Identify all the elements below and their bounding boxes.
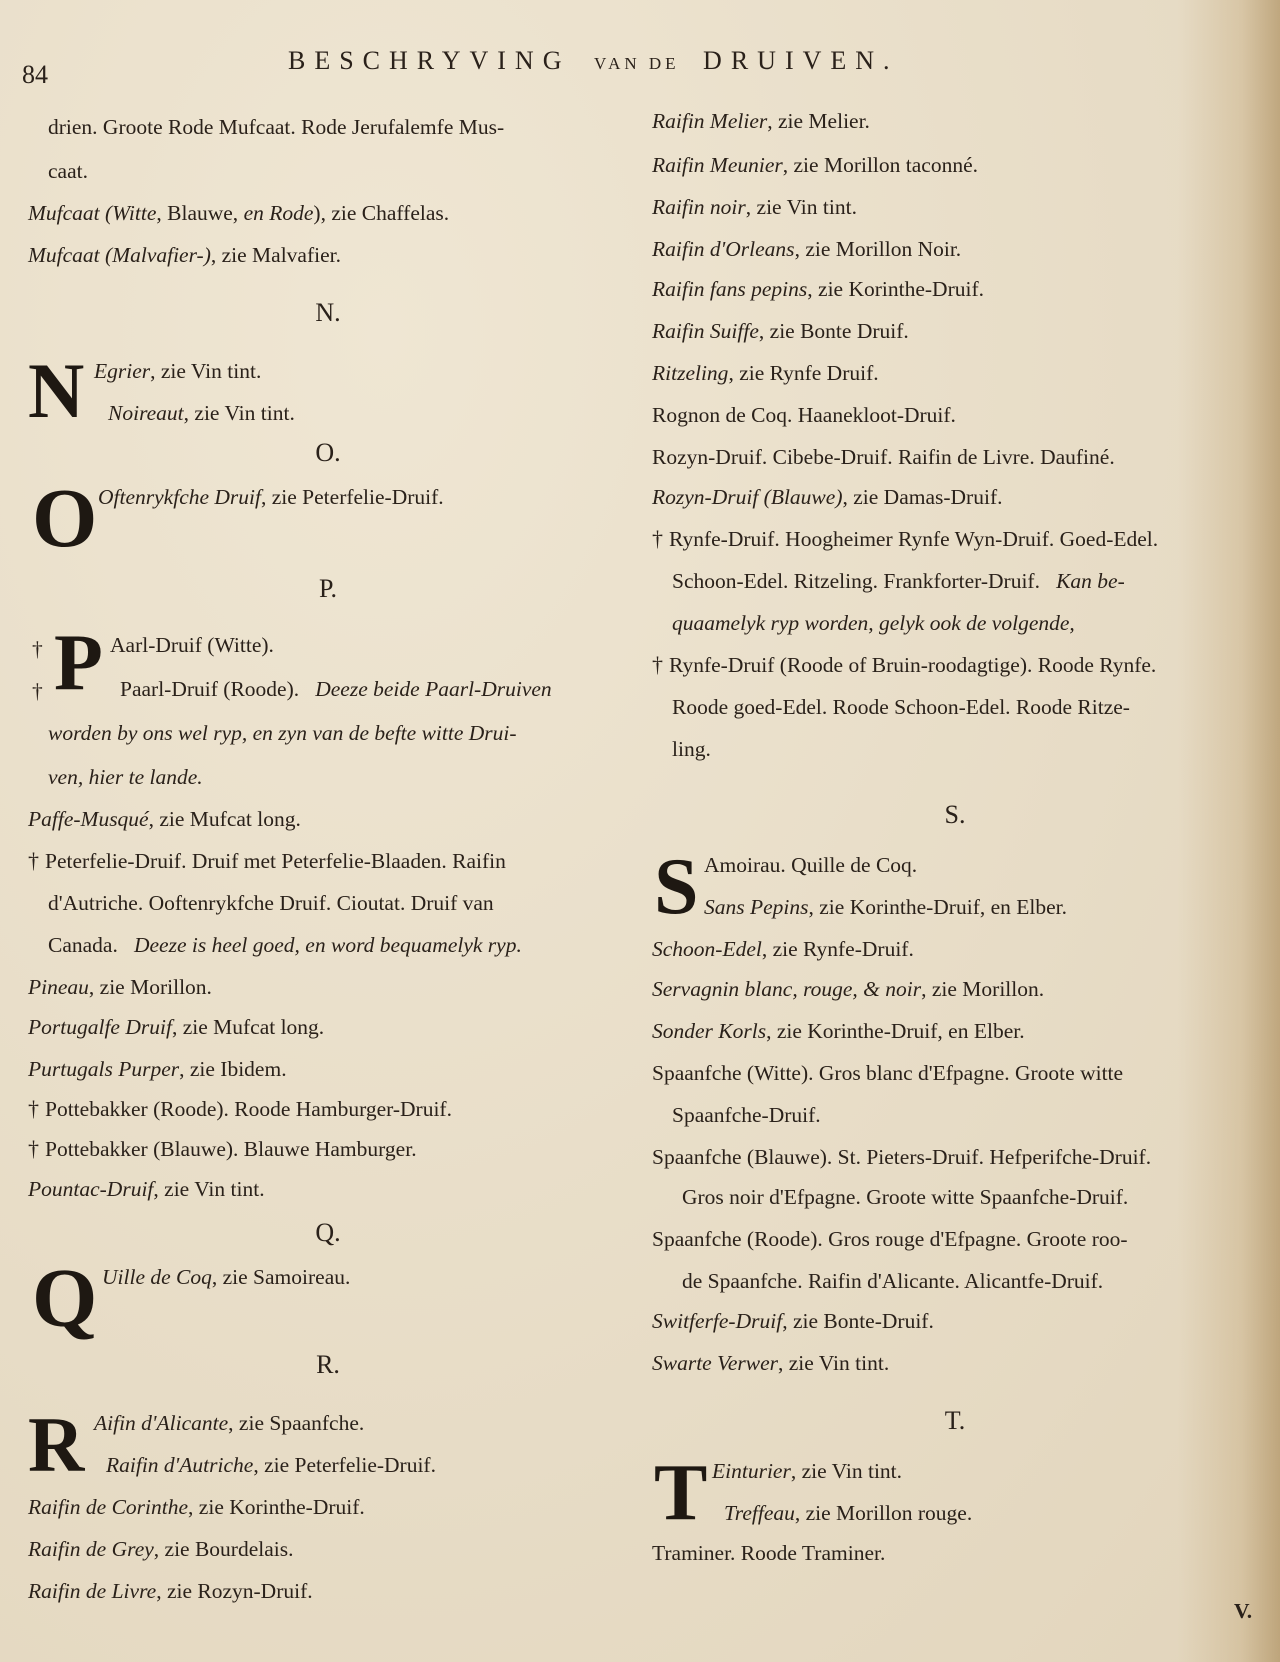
entry-line: worden by ons wel ryp, en zyn van de bef… — [48, 720, 517, 746]
entry-line: Uille de Coq, zie Samoireau. — [102, 1264, 350, 1290]
section-heading-s: S. — [652, 800, 1258, 830]
entry-line: Raifin de Corinthe, zie Korinthe-Druif. — [28, 1494, 365, 1520]
entry-line: Pineau, zie Morillon. — [28, 974, 212, 1000]
entry-line: Schoon-Edel. Ritzeling. Frankforter-Drui… — [672, 568, 1125, 594]
entry-line: Ritzeling, zie Rynfe Druif. — [652, 360, 879, 386]
entry-line: Spaanfche (Witte). Gros blanc d'Efpagne.… — [652, 1060, 1123, 1086]
entry-line: caat. — [48, 158, 88, 184]
entry-line: ven, hier te lande. — [48, 764, 203, 790]
entry-line: drien. Groote Rode Mufcaat. Rode Jerufal… — [48, 114, 504, 140]
section-heading-n: N. — [28, 298, 628, 328]
entry-line: Paarl-Druif (Roode). Deeze beide Paarl-D… — [120, 676, 552, 702]
entry-line: Canada. Deeze is heel goed, en word bequ… — [48, 932, 522, 958]
entry-line: Raifin d'Orleans, zie Morillon Noir. — [652, 236, 961, 262]
entry-line: Pountac-Druif, zie Vin tint. — [28, 1176, 265, 1202]
entry-line: Raifin Suiffe, zie Bonte Druif. — [652, 318, 909, 344]
entry-line: Raifin de Grey, zie Bourdelais. — [28, 1536, 294, 1562]
drop-cap-q: Q — [32, 1260, 97, 1338]
entry-line: †Peterfelie-Druif. Druif met Peterfelie-… — [28, 848, 506, 874]
entry-line: d'Autriche. Ooftenrykfche Druif. Cioutat… — [48, 890, 494, 916]
catchword: V. — [1234, 1598, 1252, 1624]
entry-line: Spaanfche (Roode). Gros rouge d'Efpagne.… — [652, 1226, 1128, 1252]
entry-line: Switferfe-Druif, zie Bonte-Druif. — [652, 1308, 934, 1334]
entry-line: Sans Pepins, zie Korinthe-Druif, en Elbe… — [704, 894, 1067, 920]
section-heading-q: Q. — [28, 1218, 628, 1248]
drop-cap-p: P — [54, 624, 103, 702]
entry-line: †Pottebakker (Roode). Roode Hamburger-Dr… — [28, 1096, 452, 1122]
entry-line: Aarl-Druif (Witte). — [110, 632, 274, 658]
entry-line: Amoirau. Quille de Coq. — [704, 852, 917, 878]
page-header: 84 BESCHRYVING VAN DE DRUIVEN. — [0, 38, 1280, 78]
entry-line: Spaanfche-Druif. — [672, 1102, 821, 1128]
entry-line: Raifin fans pepins, zie Korinthe-Druif. — [652, 276, 984, 302]
entry-line: †Rynfe-Druif (Roode of Bruin-roodagtige)… — [652, 652, 1156, 678]
entry-line: Mufcaat (Witte, Blauwe, en Rode), zie Ch… — [28, 200, 449, 226]
entry-line: Raifin noir, zie Vin tint. — [652, 194, 857, 220]
dagger-mark: † — [32, 678, 43, 704]
entry-line: Aifin d'Alicante, zie Spaanfche. — [94, 1410, 364, 1436]
entry-line: Oftenrykfche Druif, zie Peterfelie-Druif… — [98, 484, 444, 510]
entry-line: quaamelyk ryp worden, gelyk ook de volge… — [672, 610, 1075, 636]
entry-line: Rozyn-Druif (Blauwe), zie Damas-Druif. — [652, 484, 1002, 510]
running-title: BESCHRYVING VAN DE DRUIVEN. — [288, 46, 899, 76]
entry-line: Raifin Meunier, zie Morillon taconné. — [652, 152, 978, 178]
entry-line: Spaanfche (Blauwe). St. Pieters-Druif. H… — [652, 1144, 1151, 1170]
entry-line: Swarte Verwer, zie Vin tint. — [652, 1350, 889, 1376]
entry-line: Raifin de Livre, zie Rozyn-Druif. — [28, 1578, 313, 1604]
drop-cap-s: S — [654, 848, 699, 926]
section-heading-r: R. — [28, 1350, 628, 1380]
entry-line: Rognon de Coq. Haanekloot-Druif. — [652, 402, 956, 428]
section-heading-p: P. — [28, 574, 628, 604]
dagger-mark: † — [32, 636, 43, 662]
entry-line: †Pottebakker (Blauwe). Blauwe Hamburger. — [28, 1136, 417, 1162]
entry-line: Sonder Korls, zie Korinthe-Druif, en Elb… — [652, 1018, 1025, 1044]
entry-line: Egrier, zie Vin tint. — [94, 358, 261, 384]
entry-line: Raifin Melier, zie Melier. — [652, 108, 870, 134]
section-heading-o: O. — [28, 438, 628, 468]
drop-cap-o: O — [32, 480, 97, 558]
entry-line: Purtugals Purper, zie Ibidem. — [28, 1056, 287, 1082]
section-heading-t: T. — [652, 1406, 1258, 1436]
page-number: 84 — [22, 60, 48, 90]
drop-cap-r: R — [28, 1406, 84, 1484]
entry-line: Rozyn-Druif. Cibebe-Druif. Raifin de Liv… — [652, 444, 1115, 470]
entry-line: †Rynfe-Druif. Hoogheimer Rynfe Wyn-Druif… — [652, 526, 1158, 552]
entry-line: Servagnin blanc, rouge, & noir, zie Mori… — [652, 976, 1044, 1002]
entry-line: Treffeau, zie Morillon rouge. — [724, 1500, 972, 1526]
entry-line: Mufcaat (Malvafier-), zie Malvafier. — [28, 242, 341, 268]
drop-cap-n: N — [28, 352, 84, 430]
entry-line: Gros noir d'Efpagne. Groote witte Spaanf… — [682, 1184, 1128, 1210]
entry-line: de Spaanfche. Raifin d'Alicante. Alicant… — [682, 1268, 1103, 1294]
drop-cap-t: T — [654, 1454, 707, 1532]
entry-line: ling. — [672, 736, 711, 762]
book-page: 84 BESCHRYVING VAN DE DRUIVEN. drien. Gr… — [0, 0, 1280, 1662]
entry-line: Roode goed-Edel. Roode Schoon-Edel. Rood… — [672, 694, 1130, 720]
entry-line: Raifin d'Autriche, zie Peterfelie-Druif. — [106, 1452, 436, 1478]
entry-line: Einturier, zie Vin tint. — [712, 1458, 902, 1484]
entry-line: Paffe-Musqué, zie Mufcat long. — [28, 806, 301, 832]
entry-line: Noireaut, zie Vin tint. — [108, 400, 295, 426]
entry-line: Portugalfe Druif, zie Mufcat long. — [28, 1014, 324, 1040]
entry-line: Traminer. Roode Traminer. — [652, 1540, 885, 1566]
entry-line: Schoon-Edel, zie Rynfe-Druif. — [652, 936, 914, 962]
